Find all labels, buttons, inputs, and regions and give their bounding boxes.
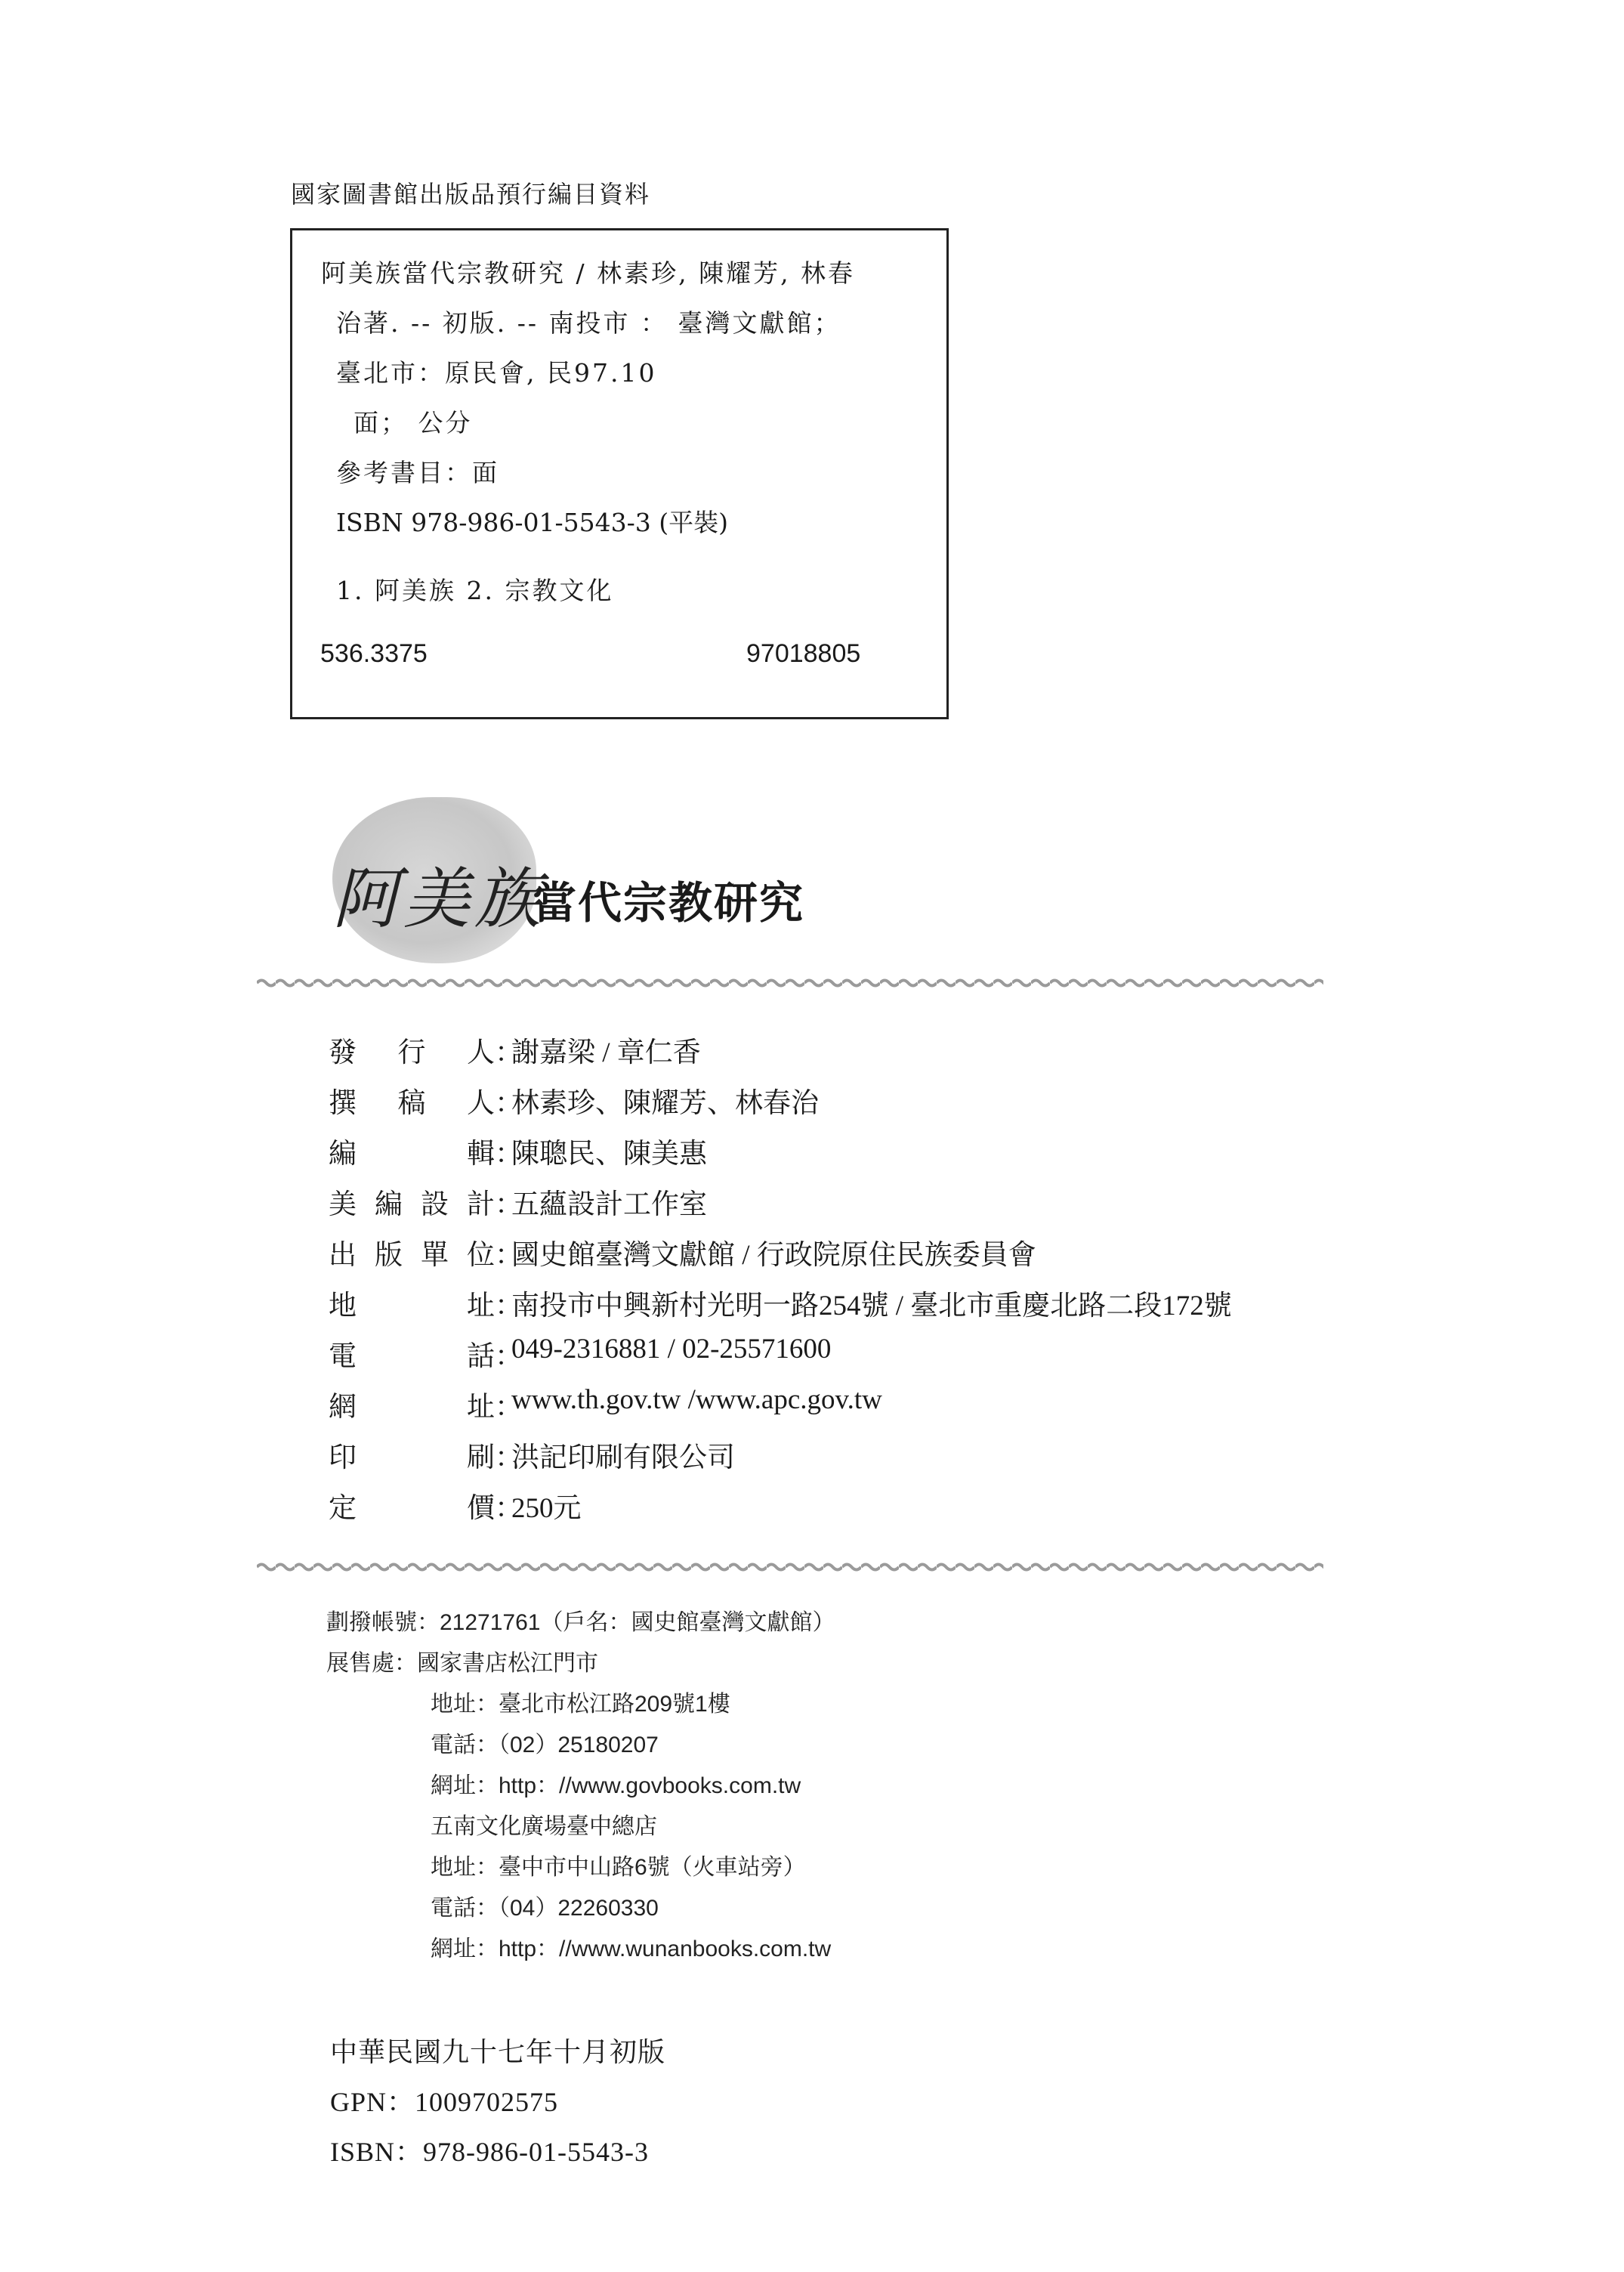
- credit-value: www.th.gov.tw /www.apc.gov.tw: [511, 1383, 882, 1424]
- outlet-website-link[interactable]: 網址：http：//www.govbooks.com.tw: [431, 1767, 801, 1800]
- credit-label: 網址: [329, 1383, 495, 1424]
- gpn-number: GPN：1009702575: [330, 2081, 558, 2119]
- cip-line-publisher: 治著. -- 初版. -- 南投市 ： 臺灣文獻館；: [336, 304, 841, 339]
- credit-label: 發行人: [329, 1029, 495, 1070]
- isbn-number: ISBN：978-986-01-5543-3: [330, 2131, 649, 2169]
- outlet-name: 國家書店松江門市: [417, 1651, 598, 1676]
- credit-value: 250元: [511, 1485, 582, 1525]
- credit-value: 謝嘉梁 / 章仁香: [511, 1029, 701, 1070]
- credit-value: 洪記印刷有限公司: [511, 1434, 735, 1475]
- wavy-divider-top: [257, 977, 1323, 989]
- credit-row-authors: 撰稿人 ： 林素珍、陳耀芳、林春治: [329, 1080, 819, 1121]
- wavy-divider-bottom: [257, 1561, 1323, 1573]
- edition-date: 中華民國九十七年十月初版: [330, 2031, 665, 2070]
- outlet-phone: 電話：（02）25180207: [431, 1726, 659, 1759]
- credit-row-address: 地址 ： 南投市中興新村光明一路254號 / 臺北市重慶北路二段172號: [329, 1282, 1232, 1323]
- credit-value: 五蘊設計工作室: [511, 1181, 707, 1222]
- outlet-website-link[interactable]: 網址：http：//www.wunanbooks.com.tw: [431, 1930, 831, 1963]
- cip-line-place-date: 臺北市：原民會, 民97.10: [336, 354, 656, 389]
- credit-value: 049-2316881 / 02-25571600: [511, 1333, 831, 1374]
- outlets-label: 展售處：: [326, 1651, 417, 1676]
- outlet-name: 五南文化廣場臺中總店: [431, 1807, 657, 1841]
- credit-label: 印刷: [329, 1434, 495, 1475]
- credit-label: 撰稿人: [329, 1080, 495, 1121]
- cip-line-isbn: ISBN 978-986-01-5543-3 (平裝): [336, 503, 728, 539]
- cip-record-number: 97018805: [746, 639, 860, 669]
- credit-value: 國史館臺灣文獻館 / 行政院原住民族委員會: [511, 1232, 1036, 1272]
- credit-row-publishing-unit: 出版單位 ： 國史館臺灣文獻館 / 行政院原住民族委員會: [329, 1232, 1036, 1272]
- credit-row-phone: 電話 ： 049-2316881 / 02-25571600: [329, 1333, 831, 1374]
- cip-heading: 國家圖書館出版品預行編目資料: [291, 175, 650, 210]
- cip-line-title: 阿美族當代宗教研究 / 林素珍, 陳耀芳, 林春: [321, 254, 855, 289]
- cip-line-subjects: 1. 阿美族 2. 宗教文化: [336, 571, 613, 607]
- cip-classification-number: 536.3375: [320, 639, 428, 669]
- logo-script-title: 阿美族: [332, 846, 545, 941]
- credit-row-editors: 編輯 ： 陳聰民、陳美惠: [329, 1130, 707, 1171]
- credit-label: 地址: [329, 1282, 495, 1323]
- credit-value: 南投市中興新村光明一路254號 / 臺北市重慶北路二段172號: [511, 1282, 1232, 1323]
- postal-account: 劃撥帳號：21271761（戶名：國史館臺灣文獻館）: [326, 1603, 835, 1637]
- credit-row-design: 美編設計 ： 五蘊設計工作室: [329, 1181, 707, 1222]
- logo-book-title: 當代宗教研究: [533, 867, 804, 931]
- credit-label: 編輯: [329, 1130, 495, 1171]
- cip-line-bibliography: 參考書目：面: [336, 453, 499, 489]
- credit-row-website: 網址 ： www.th.gov.tw /www.apc.gov.tw: [329, 1383, 882, 1424]
- credit-value: 陳聰民、陳美惠: [511, 1130, 707, 1171]
- credit-label: 電話: [329, 1333, 495, 1374]
- credit-row-price: 定價 ： 250元: [329, 1485, 582, 1525]
- credit-row-publisher: 發行人 ： 謝嘉梁 / 章仁香: [329, 1029, 701, 1070]
- credit-row-printer: 印刷 ： 洪記印刷有限公司: [329, 1434, 735, 1475]
- credit-label: 定價: [329, 1485, 495, 1525]
- credit-label: 美編設計: [329, 1181, 495, 1222]
- credit-value: 林素珍、陳耀芳、林春治: [511, 1080, 819, 1121]
- outlet-phone: 電話：（04）22260330: [431, 1889, 659, 1922]
- credit-label: 出版單位: [329, 1232, 495, 1272]
- cip-line-pages: 面； 公分: [354, 403, 473, 439]
- outlet-address: 地址：臺北市松江路209號1樓: [431, 1685, 730, 1718]
- outlet-address: 地址：臺中市中山路6號（火車站旁）: [431, 1848, 806, 1881]
- outlets-label-row: 展售處：國家書店松江門市: [326, 1644, 598, 1677]
